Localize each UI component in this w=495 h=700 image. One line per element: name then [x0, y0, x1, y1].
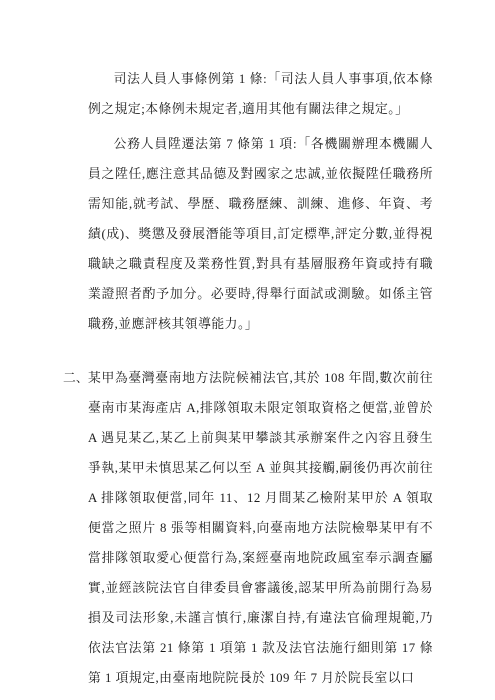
statute-paragraph-civil-servant-promotion-act: 公務人員陞遷法第 7 條第 1 項:「各機關辦理本機關人員之陞任,應注意其品德及… [88, 129, 433, 339]
item-text: 某甲為臺灣臺南地方法院候補法官,其於 108 年間,數次前往臺南市某海產店 A,… [88, 371, 433, 685]
item-number-label: 二、 [63, 363, 89, 393]
document-body: 司法人員人事條例第 1 條:「司法人員人事事項,依本條例之規定;本條例未規定者,… [63, 64, 433, 693]
numbered-item-2: 二、 某甲為臺灣臺南地方法院候補法官,其於 108 年間,數次前往臺南市某海產店… [63, 363, 433, 693]
page-number: 2 [0, 672, 495, 684]
document-page: 司法人員人事條例第 1 條:「司法人員人事事項,依本條例之規定;本條例未規定者,… [0, 0, 495, 700]
statute-paragraph-judicial-personnel-act: 司法人員人事條例第 1 條:「司法人員人事事項,依本條例之規定;本條例未規定者,… [88, 64, 433, 124]
